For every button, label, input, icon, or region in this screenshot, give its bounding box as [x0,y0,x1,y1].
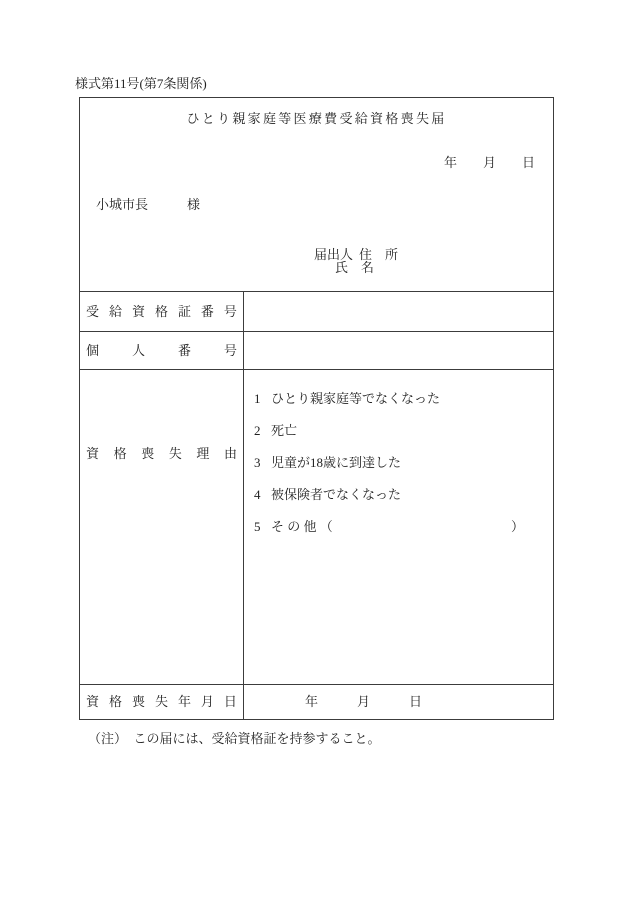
row-personal-number: 個人番号 [80,331,553,369]
form-number-label: 様式第11号(第7条関係) [75,76,207,92]
footnote: （注） この届には、受給資格証を持参すること。 [88,731,381,747]
reason-3-number: 3 [254,455,262,471]
reason-option-4: 4被保険者でなくなった [254,479,524,511]
form-header-section: ひとり親家庭等医療費受給資格喪失届 年 月 日 小城市長 様 届出人住 所 氏 … [80,98,553,291]
reason-option-2: 2死亡 [254,415,524,447]
loss-date-label-cell: 資格喪失年月日 [80,685,244,719]
loss-reason-options-cell: 1ひとり親家庭等でなくなった 2死亡 3児童が18歳に到達した 4被保険者でなく… [244,370,553,684]
addressee-mayor-label: 小城市長 様 [96,197,200,213]
reason-1-number: 1 [254,391,262,407]
certificate-number-value-cell [244,292,553,331]
reason-2-text: 死亡 [271,423,297,439]
loss-reason-label: 資格喪失理由 [86,446,237,462]
certificate-number-label-cell: 受給資格証番号 [80,292,244,331]
reason-5-number: 5 [254,519,262,535]
loss-reason-label-cell: 資格喪失理由 [80,370,244,684]
personal-number-value-cell [244,332,553,369]
loss-reason-list: 1ひとり親家庭等でなくなった 2死亡 3児童が18歳に到達した 4被保険者でなく… [244,383,553,543]
loss-date-value-cell: 年 月 日 [244,685,553,719]
personal-number-label-cell: 個人番号 [80,332,244,369]
reason-3-text: 児童が18歳に到達した [271,455,401,471]
row-certificate-number: 受給資格証番号 [80,291,553,331]
row-loss-reason: 資格喪失理由 1ひとり親家庭等でなくなった 2死亡 3児童が18歳に到達した 4… [80,369,553,684]
reason-1-text: ひとり親家庭等でなくなった [271,391,440,407]
reason-4-number: 4 [254,487,262,503]
reason-option-5: 5そ の 他 （ ） [254,511,524,543]
form-outline-box: ひとり親家庭等医療費受給資格喪失届 年 月 日 小城市長 様 届出人住 所 氏 … [79,97,554,720]
reason-2-number: 2 [254,423,262,439]
form-sheet: 様式第11号(第7条関係) ひとり親家庭等医療費受給資格喪失届 年 月 日 小城… [0,0,630,903]
submission-date-line: 年 月 日 [444,155,535,171]
reason-4-text: 被保険者でなくなった [271,487,401,503]
reason-5-closing-paren: ） [511,519,524,535]
loss-date-label: 資格喪失年月日 [86,694,237,710]
certificate-number-label: 受給資格証番号 [86,304,237,320]
reason-option-1: 1ひとり親家庭等でなくなった [254,383,524,415]
row-loss-date: 資格喪失年月日 年 月 日 [80,684,553,719]
personal-number-label: 個人番号 [86,343,237,359]
declarant-name-label: 氏 名 [335,260,374,276]
reason-5-text: そ の 他 （ [271,519,333,535]
form-title: ひとり親家庭等医療費受給資格喪失届 [80,111,553,127]
reason-option-3: 3児童が18歳に到達した [254,447,524,479]
